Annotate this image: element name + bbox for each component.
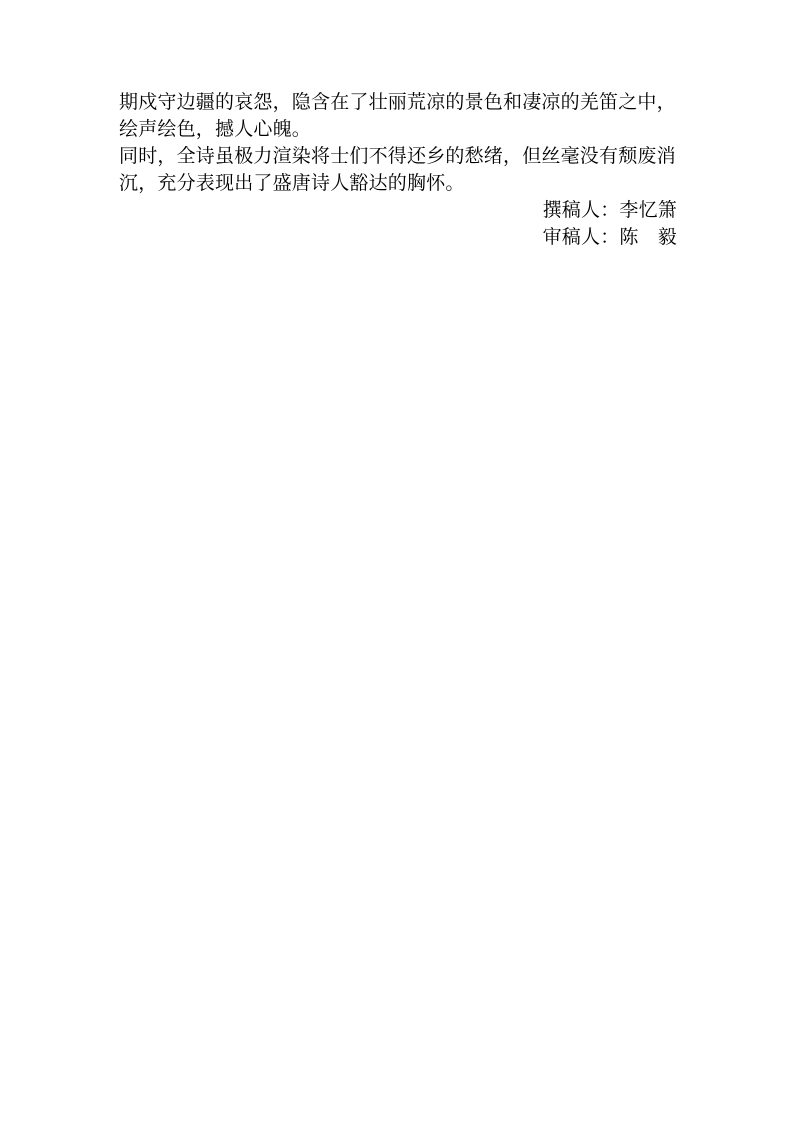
- text-block: 期戍守边疆的哀怨，隐含在了壮丽荒凉的景色和凄凉的羌笛之中， 绘声绘色，撼人心魄。…: [119, 89, 677, 251]
- body-line-1: 期戍守边疆的哀怨，隐含在了壮丽荒凉的景色和凄凉的羌笛之中，: [119, 89, 677, 116]
- body-line-4: 沉，充分表现出了盛唐诗人豁达的胸怀。: [119, 170, 677, 197]
- document-page: 期戍守边疆的哀怨，隐含在了壮丽荒凉的景色和凄凉的羌笛之中， 绘声绘色，撼人心魄。…: [0, 0, 794, 1123]
- body-line-2: 绘声绘色，撼人心魄。: [119, 116, 677, 143]
- signature-line-reviewer: 审稿人：陈 毅: [119, 224, 677, 251]
- body-line-3: 同时，全诗虽极力渲染将士们不得还乡的愁绪，但丝毫没有颓废消: [119, 143, 677, 170]
- signature-line-author: 撰稿人：李忆箫: [119, 197, 677, 224]
